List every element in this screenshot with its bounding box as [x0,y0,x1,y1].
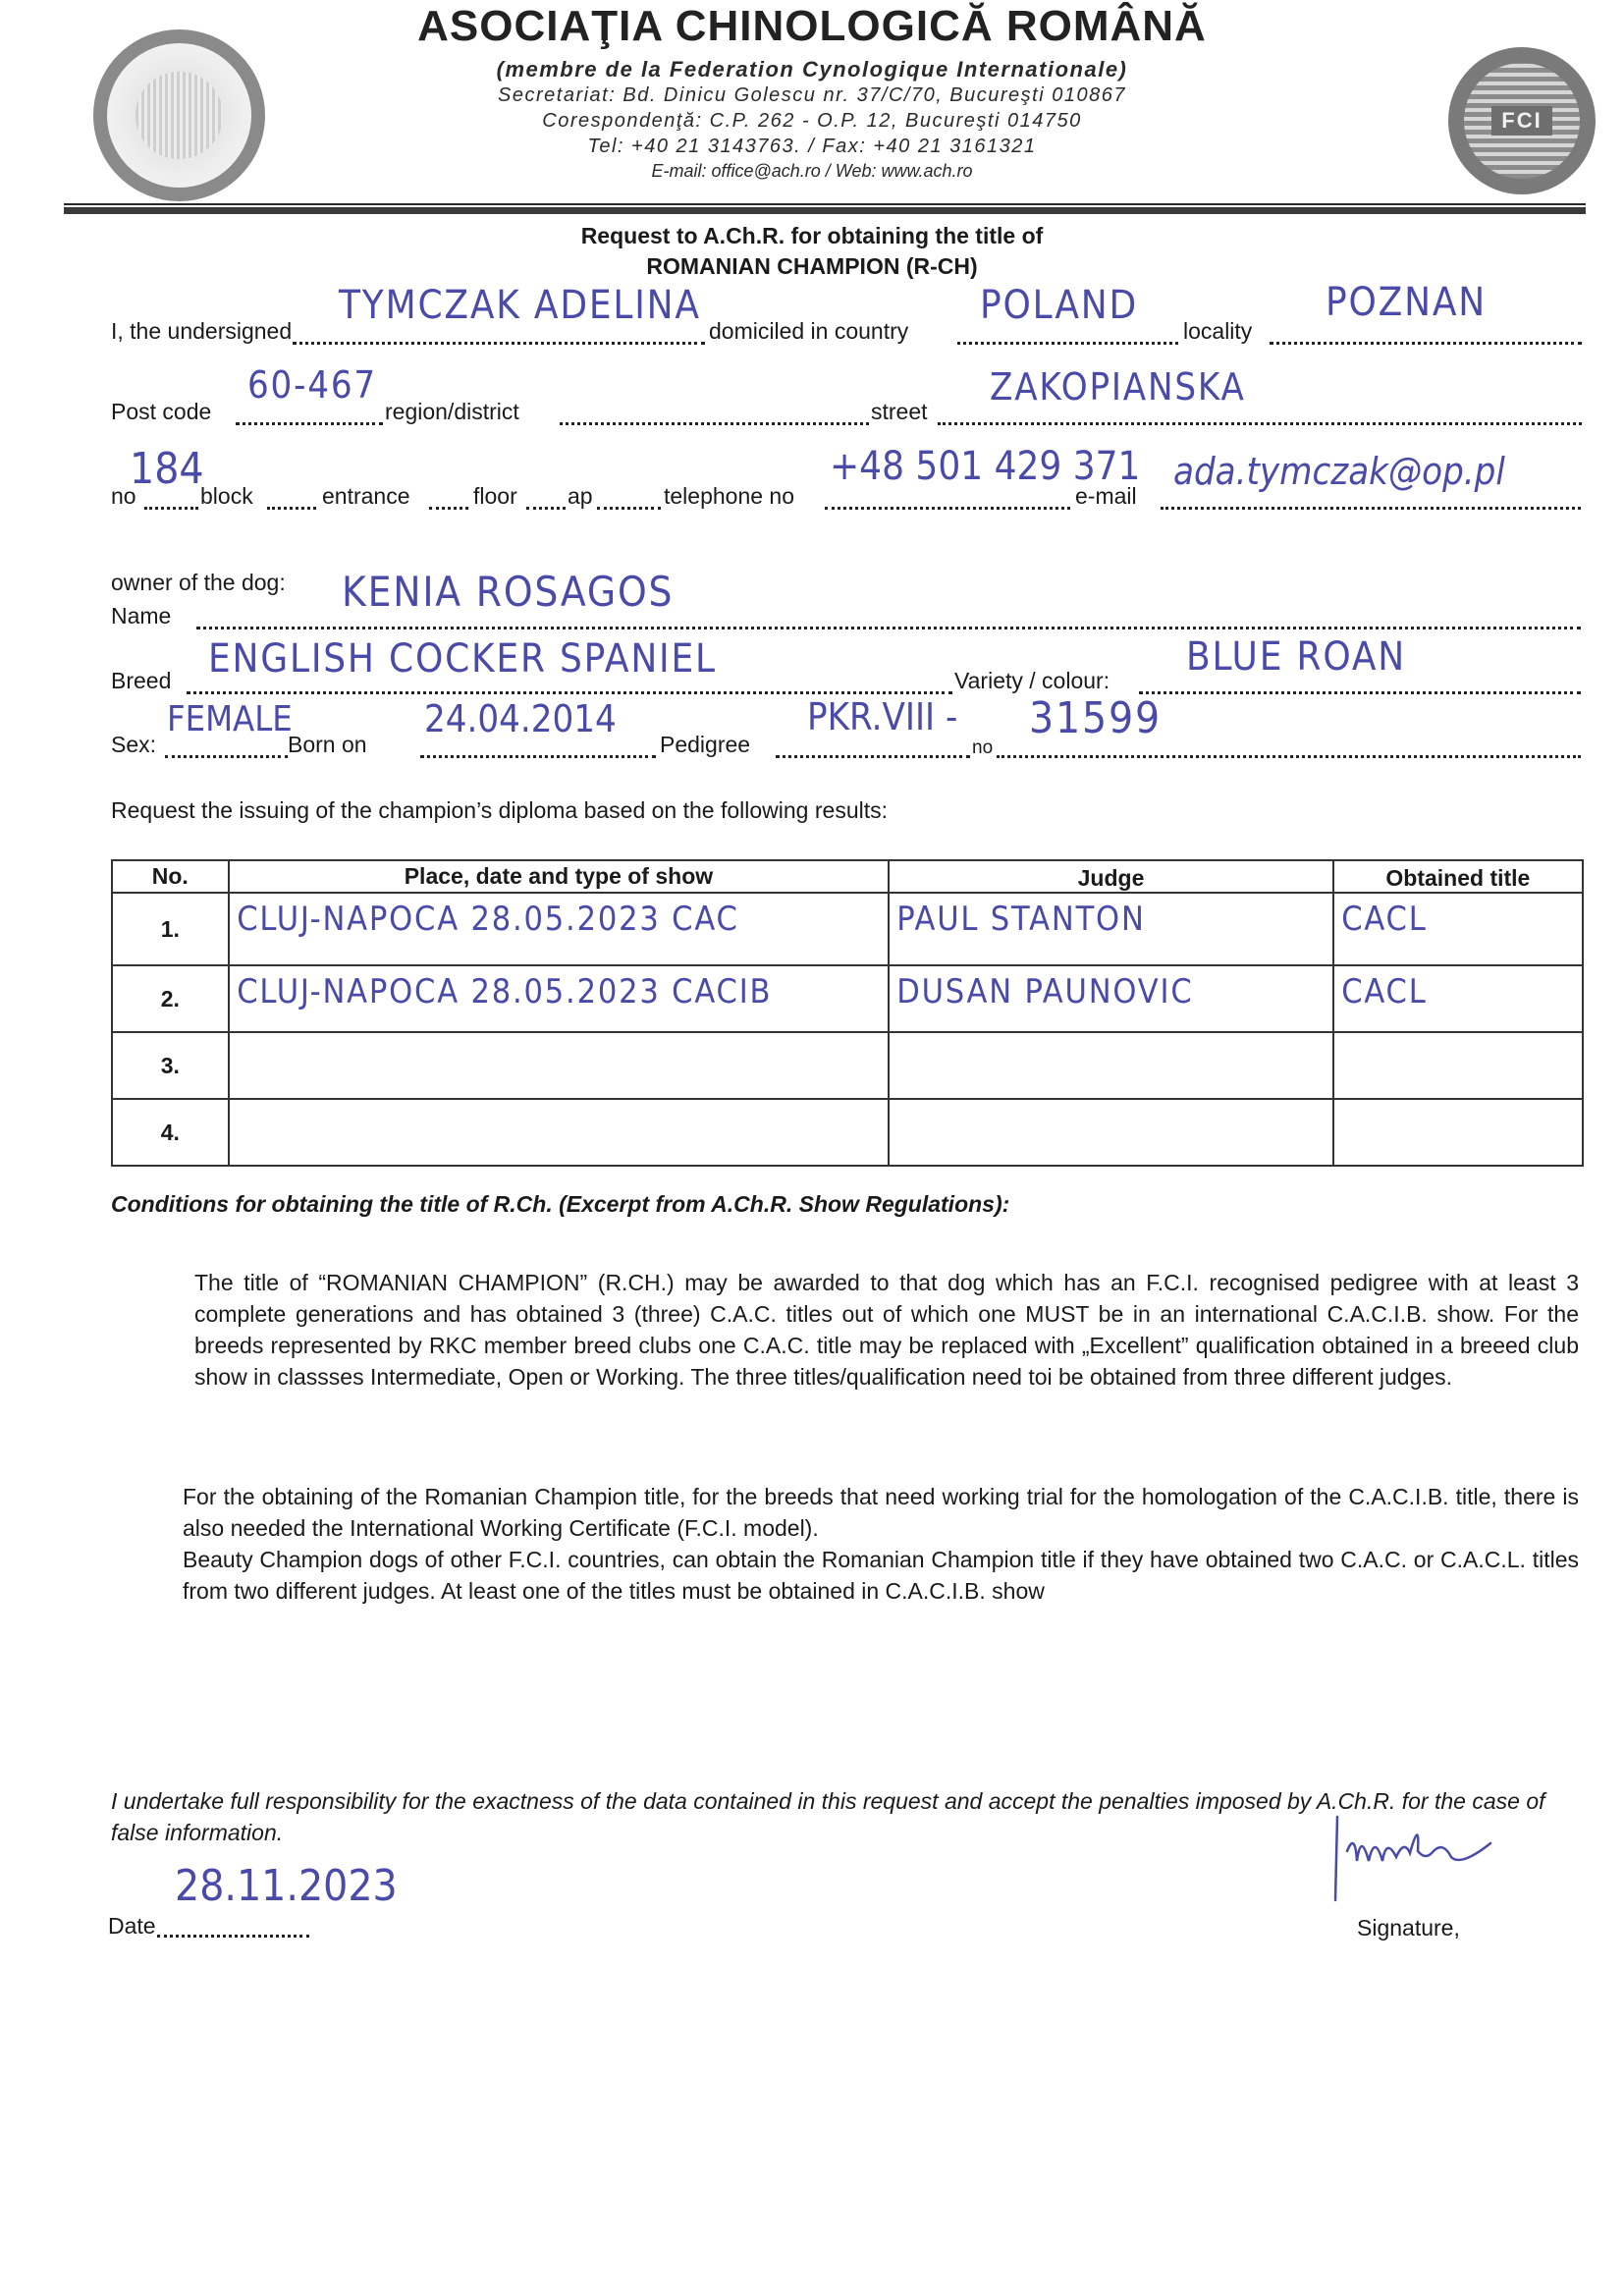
country-line [957,342,1178,345]
place-value [230,1100,823,1106]
conditions-paragraph-1: The title of “ROMANIAN CHAMPION” (R.CH.)… [194,1267,1579,1393]
variety-line [1139,691,1581,694]
col-place-header: Place, date and type of show [229,860,890,893]
title-value: CACL [1334,894,1557,939]
header-divider-thin [64,203,1586,205]
date-field[interactable]: 28.11.2023 [175,1861,398,1911]
telephone-line [825,507,1070,510]
pedigree-label: Pedigree [660,732,750,758]
title-cell[interactable]: CACL [1333,893,1583,965]
breed-label: Breed [111,668,171,694]
dog-name-field[interactable]: KENIA ROSAGOS [342,568,674,616]
signature-mark[interactable] [1326,1812,1512,1905]
judge-cell[interactable]: PAUL STANTON [889,893,1332,965]
undersigned-line [293,342,705,345]
signature-label: Signature, [1357,1915,1460,1941]
request-text: Request the issuing of the champion’s di… [111,797,888,824]
row-number: 2. [112,965,229,1032]
pedigree-no-field[interactable]: 31599 [1029,693,1162,743]
title-cell[interactable] [1333,1032,1583,1099]
conditions-paragraph-2: For the obtaining of the Romanian Champi… [183,1481,1579,1607]
secretariat-address: Secretariat: Bd. Dinicu Golescu nr. 37/C… [0,84,1624,107]
header-divider-thick [64,207,1586,214]
title-value [1334,1100,1557,1106]
entrance-label: entrance [322,483,410,510]
variety-label: Variety / colour: [954,668,1110,694]
place-value: CLUJ-NAPOCA 28.05.2023 CACIB [230,966,823,1011]
block-line [267,507,316,510]
locality-label: locality [1183,318,1252,345]
conditions-paragraph-2-text: For the obtaining of the Romanian Champi… [183,1481,1579,1544]
title-cell[interactable]: CACL [1333,965,1583,1032]
born-label: Born on [288,732,367,758]
email-line [1161,507,1581,510]
title-cell[interactable] [1333,1099,1583,1166]
place-cell[interactable]: CLUJ-NAPOCA 28.05.2023 CAC [229,893,890,965]
form-title-line2: ROMANIAN CHAMPION (R-CH) [0,253,1624,280]
col-judge-header: Judge [889,860,1332,893]
undersigned-label: I, the undersigned [111,318,292,345]
region-line [560,422,869,425]
owner-label: owner of the dog: [111,570,286,596]
table-row: 2. CLUJ-NAPOCA 28.05.2023 CACIB DUSAN PA… [112,965,1583,1032]
street-line [938,422,1582,425]
judge-cell[interactable] [889,1032,1332,1099]
telephone-label: telephone no [664,483,794,510]
floor-label: floor [473,483,517,510]
place-cell[interactable]: CLUJ-NAPOCA 28.05.2023 CACIB [229,965,890,1032]
place-cell[interactable] [229,1099,890,1166]
pedigree-no-label: no [972,738,993,759]
born-field[interactable]: 24.04.2014 [424,697,617,740]
email-web: E-mail: office@ach.ro / Web: www.ach.ro [0,161,1624,182]
sex-field[interactable]: FEMALE [167,699,293,739]
pedigree-line [776,755,970,758]
title-value [1334,1033,1557,1039]
ap-line [597,507,661,510]
pedigree-field[interactable]: PKR.VIII - [807,695,957,738]
row-number: 4. [112,1099,229,1166]
undersigned-field[interactable]: TYMCZAK ADELINA [339,283,701,328]
organization-name: ASOCIAŢIA CHINOLOGICĂ ROMÂNĂ [0,2,1624,51]
variety-field[interactable]: BLUE ROAN [1186,634,1406,680]
membership-line: (membre de la Federation Cynologique Int… [0,57,1624,82]
judge-value [890,1100,1287,1106]
table-header-row: No. Place, date and type of show Judge O… [112,860,1583,893]
floor-line [526,507,566,510]
row-number: 1. [112,893,229,965]
post-code-field[interactable]: 60-467 [247,363,377,407]
email-label: e-mail [1075,483,1137,510]
dog-name-line [196,627,1581,629]
col-no-header: No. [112,860,229,893]
date-line [157,1935,309,1938]
pedigree-no-line [997,755,1581,758]
block-label: block [200,483,253,510]
phone-fax: Tel: +40 21 3143763. / Fax: +40 21 31613… [0,136,1624,158]
judge-cell[interactable]: DUSAN PAUNOVIC [889,965,1332,1032]
date-label: Date [108,1913,156,1940]
place-cell[interactable] [229,1032,890,1099]
post-code-label: Post code [111,399,211,425]
place-value: CLUJ-NAPOCA 28.05.2023 CAC [230,894,823,939]
locality-field[interactable]: POZNAN [1326,280,1487,325]
conditions-paragraph-3-text: Beauty Champion dogs of other F.C.I. cou… [183,1544,1579,1607]
table-row: 1. CLUJ-NAPOCA 28.05.2023 CAC PAUL STANT… [112,893,1583,965]
email-field[interactable]: ada.tymczak@op.pl [1173,450,1505,493]
judge-value [890,1033,1287,1039]
conditions-title: Conditions for obtaining the title of R.… [111,1191,1009,1218]
born-line [420,755,656,758]
judge-value: PAUL STANTON [890,894,1287,939]
dog-name-label: Name [111,603,171,629]
street-label: street [871,399,928,425]
table-row: 3. [112,1032,1583,1099]
region-label: region/district [385,399,519,425]
house-no-line [144,507,198,510]
sex-line [165,755,288,758]
col-title-header: Obtained title [1333,860,1583,893]
street-field[interactable]: ZAKOPIANSKA [990,365,1246,409]
correspondence-address: Corespondenţă: C.P. 262 - O.P. 12, Bucur… [0,110,1624,133]
locality-line [1270,342,1582,345]
results-table: No. Place, date and type of show Judge O… [111,859,1584,1167]
breed-field[interactable]: ENGLISH COCKER SPANIEL [208,636,717,682]
house-no-field[interactable]: 184 [130,444,204,494]
ap-label: ap [568,483,593,510]
country-label: domiciled in country [709,318,908,345]
country-field[interactable]: POLAND [980,283,1138,328]
place-value [230,1033,823,1039]
post-code-line [236,422,383,425]
row-number: 3. [112,1032,229,1099]
judge-cell[interactable] [889,1099,1332,1166]
judge-value: DUSAN PAUNOVIC [890,966,1287,1011]
entrance-line [429,507,468,510]
table-row: 4. [112,1099,1583,1166]
form-title-line1: Request to A.Ch.R. for obtaining the tit… [0,223,1624,249]
breed-line [187,691,952,694]
title-value: CACL [1334,966,1557,1011]
sex-label: Sex: [111,732,156,758]
